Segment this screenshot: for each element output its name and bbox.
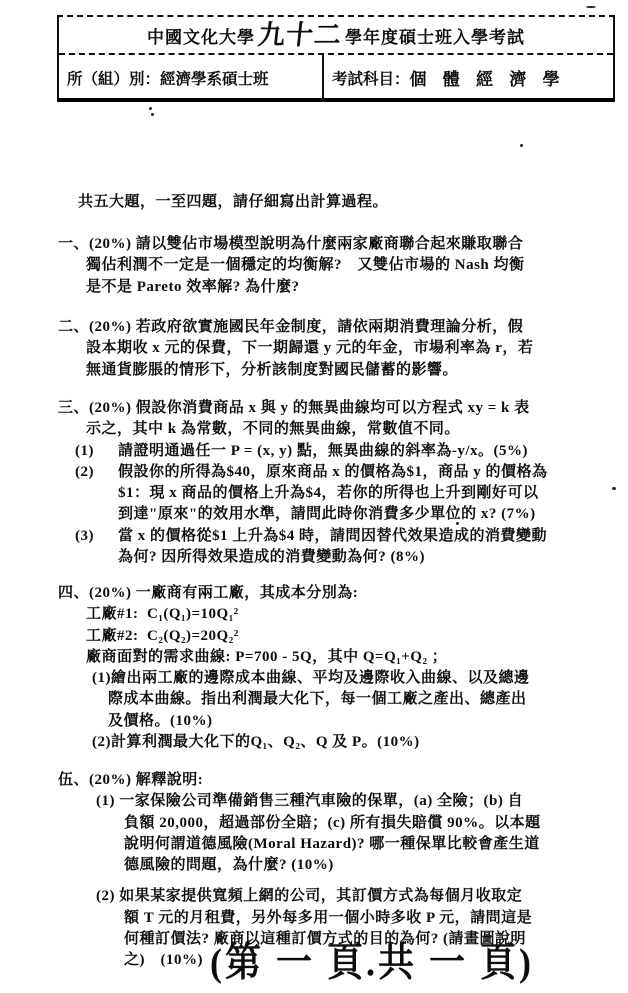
text-line: (2)計算利潤最大化下的Q₁、Q₂、Q 及 P。(10%) (92, 732, 610, 753)
scan-speck (612, 487, 616, 490)
text-line: 是不是 Pareto 效率解? 為什麼? (86, 277, 610, 298)
question-3: 三、(20%) 假設你消費商品 x 與 y 的無異曲線均可以方程式 xy = k… (58, 398, 610, 568)
instructions-text: 共五大題，一至四題，請仔細寫出計算過程。 (78, 192, 628, 213)
question-1: 一、(20%) 請以雙佔市場模型說明為什麼兩家廠商聯合起來賺取聯合獨佔利潤不一定… (58, 234, 610, 298)
exam-info-row: 所（組）別： 經濟學系碩士班 考試科目： 個 體 經 濟 學 (59, 55, 613, 100)
text-line: 設本期收 x 元的保費，下一期歸還 y 元的年金，市場利率為 r，若 (86, 338, 610, 359)
text-line: 三、(20%) 假設你消費商品 x 與 y 的無異曲線均可以方程式 xy = k… (58, 398, 610, 419)
subject-cell: 考試科目： 個 體 經 濟 學 (322, 55, 613, 100)
university-name: 中國文化大學 (147, 23, 255, 48)
text-line: 示之，其中 k 為常數，不同的無異曲線，常數值不同。 (86, 419, 610, 440)
department-label: 所（組）別： (67, 67, 160, 89)
text-line: 為何? 因所得效果造成的消費變動為何? (8%) (118, 547, 610, 568)
question-4: 四、(20%) 一廠商有兩工廠，其成本分別為:工廠#1: C₁(Q₁)=10Q₁… (58, 583, 610, 753)
text-line: $1：現 x 商品的價格上升為$4，若你的所得也上升到剛好可以 (118, 483, 610, 504)
text-line: (1) 請證明通過任一 P = (x, y) 點，無異曲線的斜率為-y/x。(5… (75, 441, 610, 462)
text-line: 二、(20%) 若政府欲實施國民年金制度，請依兩期消費理論分析，假 (58, 317, 610, 338)
text-line: 獨佔利潤不一定是一個穩定的均衡解? 又雙佔市場的 Nash 均衡 (86, 255, 610, 276)
text-line: 一、(20%) 請以雙佔市場模型說明為什麼兩家廠商聯合起來賺取聯合 (58, 234, 610, 255)
exam-title-suffix: 學年度碩士班入學考試 (345, 23, 525, 48)
scan-speck (151, 113, 154, 116)
instructions-block: 共五大題，一至四題，請仔細寫出計算過程。 (78, 192, 628, 213)
text-line: 伍、(20%) 解釋說明: (58, 770, 610, 791)
text-line: 工廠#1: C₁(Q₁)=10Q₁² (86, 604, 610, 625)
department-value: 經濟學系碩士班 (160, 67, 269, 89)
text-line: 際成本曲線。指出利潤最大化下，每一個工廠之產出、總產出 (108, 689, 610, 710)
text-line: (2) 假設你的所得為$40，原來商品 x 的價格為$1，商品 y 的價格為 (75, 462, 610, 483)
text-line: (2) 如果某家提供寬頻上網的公司，其訂價方式為每個月收取定 (96, 886, 610, 907)
subject-label: 考試科目： (332, 67, 410, 89)
exam-header-table: 中國文化大學 九十二 學年度碩士班入學考試 所（組）別： 經濟學系碩士班 考試科… (57, 15, 615, 102)
exam-paper-page: 中國文化大學 九十二 學年度碩士班入學考試 所（組）別： 經濟學系碩士班 考試科… (0, 0, 628, 993)
exam-title: 中國文化大學 九十二 學年度碩士班入學考試 (59, 17, 613, 55)
text-line: 四、(20%) 一廠商有兩工廠，其成本分別為: (58, 583, 610, 604)
text-line: 及價格。(10%) (108, 711, 610, 732)
text-line: (3) 當 x 的價格從$1 上升為$4 時，請問因替代效果造成的消費變動 (75, 526, 610, 547)
text-line: 德風險的問題，為什麼? (10%) (124, 855, 610, 876)
scan-speck (456, 522, 459, 525)
text-line: (1)繪出兩工廠的邊際成本曲線、平均及邊際收入曲線、以及總邊 (92, 668, 610, 689)
text-line: 額 T 元的月租費，另外每多用一個小時多收 P 元，請問這是 (124, 908, 610, 929)
page-number-note: (第 一 頁.共 一 頁) (210, 931, 534, 987)
text-line: (1) 一家保險公司準備銷售三種汽車險的保單，(a) 全險；(b) 自 (96, 791, 610, 812)
text-line: 無通貨膨脹的情形下，分析該制度對國民儲蓄的影響。 (86, 360, 610, 381)
text-line: 負額 20,000，超過部份全賠；(c) 所有損失賠償 90%。以本題 (124, 813, 610, 834)
text-line: 廠商面對的需求曲線: P=700 - 5Q，其中 Q=Q₁+Q₂ ； (86, 647, 610, 668)
subject-value: 個 體 經 濟 學 (410, 65, 566, 90)
academic-year: 九十二 (257, 22, 344, 49)
scan-speck (586, 6, 596, 8)
scan-speck (520, 144, 523, 147)
scan-speck (149, 107, 152, 110)
department-cell: 所（組）別： 經濟學系碩士班 (59, 55, 322, 100)
text-line: 到達"原來"的效用水準，請問此時你消費多少單位的 x? (7%) (118, 504, 610, 525)
text-line: 工廠#2: C₂(Q₂)=20Q₂² (86, 626, 610, 647)
text-line: 說明何謂道德風險(Moral Hazard)? 哪一種保單比較會產生道 (124, 834, 610, 855)
question-2: 二、(20%) 若政府欲實施國民年金制度，請依兩期消費理論分析，假設本期收 x … (58, 317, 610, 381)
